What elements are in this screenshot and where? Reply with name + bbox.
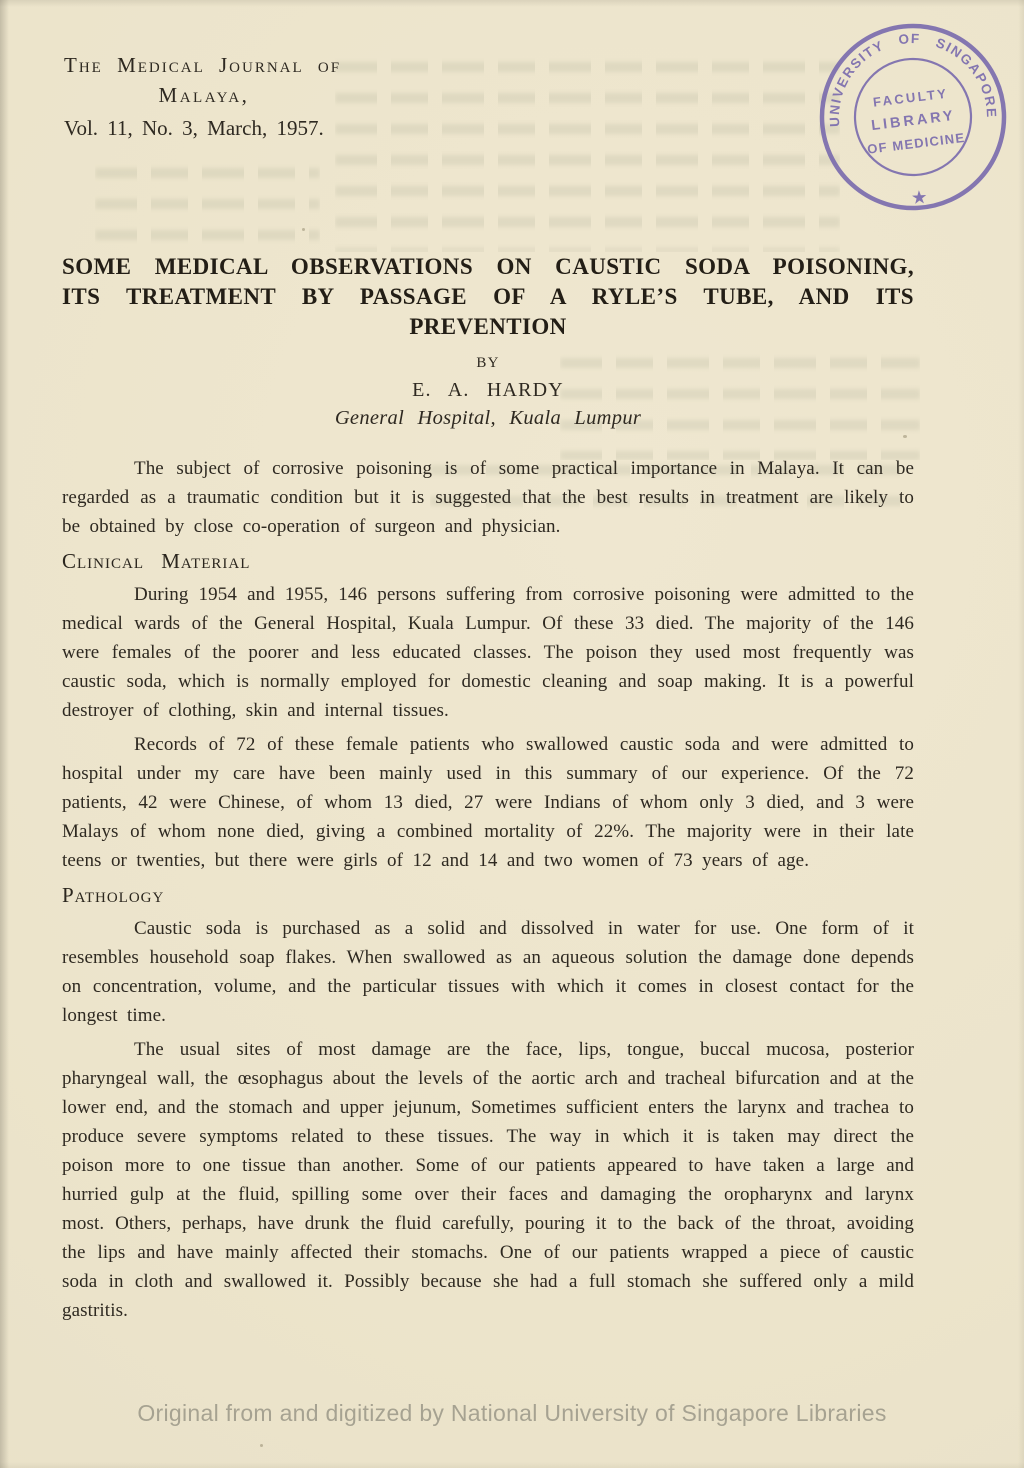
paragraph-intro: The subject of corrosive poisoning is of…: [62, 454, 914, 541]
byline-label: BY: [62, 355, 914, 372]
stamp-line-faculty: FACULTY: [872, 86, 949, 110]
paper-speck: [302, 228, 305, 231]
bleedthrough-artifact: [95, 158, 320, 258]
title-line-1: SOME MEDICAL OBSERVATIONS ON CAUSTIC SOD…: [62, 252, 914, 282]
paragraph-clinical-1: During 1954 and 1955, 146 persons suffer…: [62, 580, 914, 725]
title-line-2: ITS TREATMENT BY PASSAGE OF A RYLE’S TUB…: [62, 282, 914, 312]
section-heading-pathology: Pathology: [62, 882, 914, 908]
title-line-3: PREVENTION: [62, 312, 914, 342]
stamp-line-library: LIBRARY: [870, 108, 956, 134]
stamp-line-of-medicine: OF MEDICINE: [866, 130, 966, 157]
paper-speck: [260, 1444, 263, 1447]
digitization-watermark: Original from and digitized by National …: [0, 1400, 1024, 1427]
section-heading-clinical-material: Clinical Material: [62, 548, 914, 574]
author-affiliation: General Hospital, Kuala Lumpur: [62, 405, 914, 431]
stamp-ring-text: UNIVERSITY OF SINGAPORE: [823, 27, 1000, 128]
article-body: The subject of corrosive poisoning is of…: [62, 454, 914, 1325]
journal-header: The Medical Journal of Malaya, Vol. 11, …: [64, 50, 364, 144]
paragraph-clinical-2: Records of 72 of these female patients w…: [62, 730, 914, 875]
author-name: E. A. HARDY: [62, 378, 914, 402]
scanned-page: The Medical Journal of Malaya, Vol. 11, …: [0, 0, 1024, 1468]
library-stamp: UNIVERSITY OF SINGAPORE FACULTY LIBRARY …: [807, 11, 1019, 223]
journal-issue-line: Vol. 11, No. 3, March, 1957.: [64, 113, 364, 144]
article: SOME MEDICAL OBSERVATIONS ON CAUSTIC SOD…: [62, 252, 914, 1330]
paragraph-pathology-2: The usual sites of most damage are the f…: [62, 1035, 914, 1325]
paragraph-pathology-1: Caustic soda is purchased as a solid and…: [62, 914, 914, 1030]
journal-name-line1: The Medical Journal of: [64, 50, 364, 80]
journal-name-line2: Malaya,: [64, 80, 344, 110]
bleedthrough-artifact: [335, 52, 840, 252]
article-title: SOME MEDICAL OBSERVATIONS ON CAUSTIC SOD…: [62, 252, 914, 342]
stamp-star-icon: ★: [912, 189, 928, 207]
